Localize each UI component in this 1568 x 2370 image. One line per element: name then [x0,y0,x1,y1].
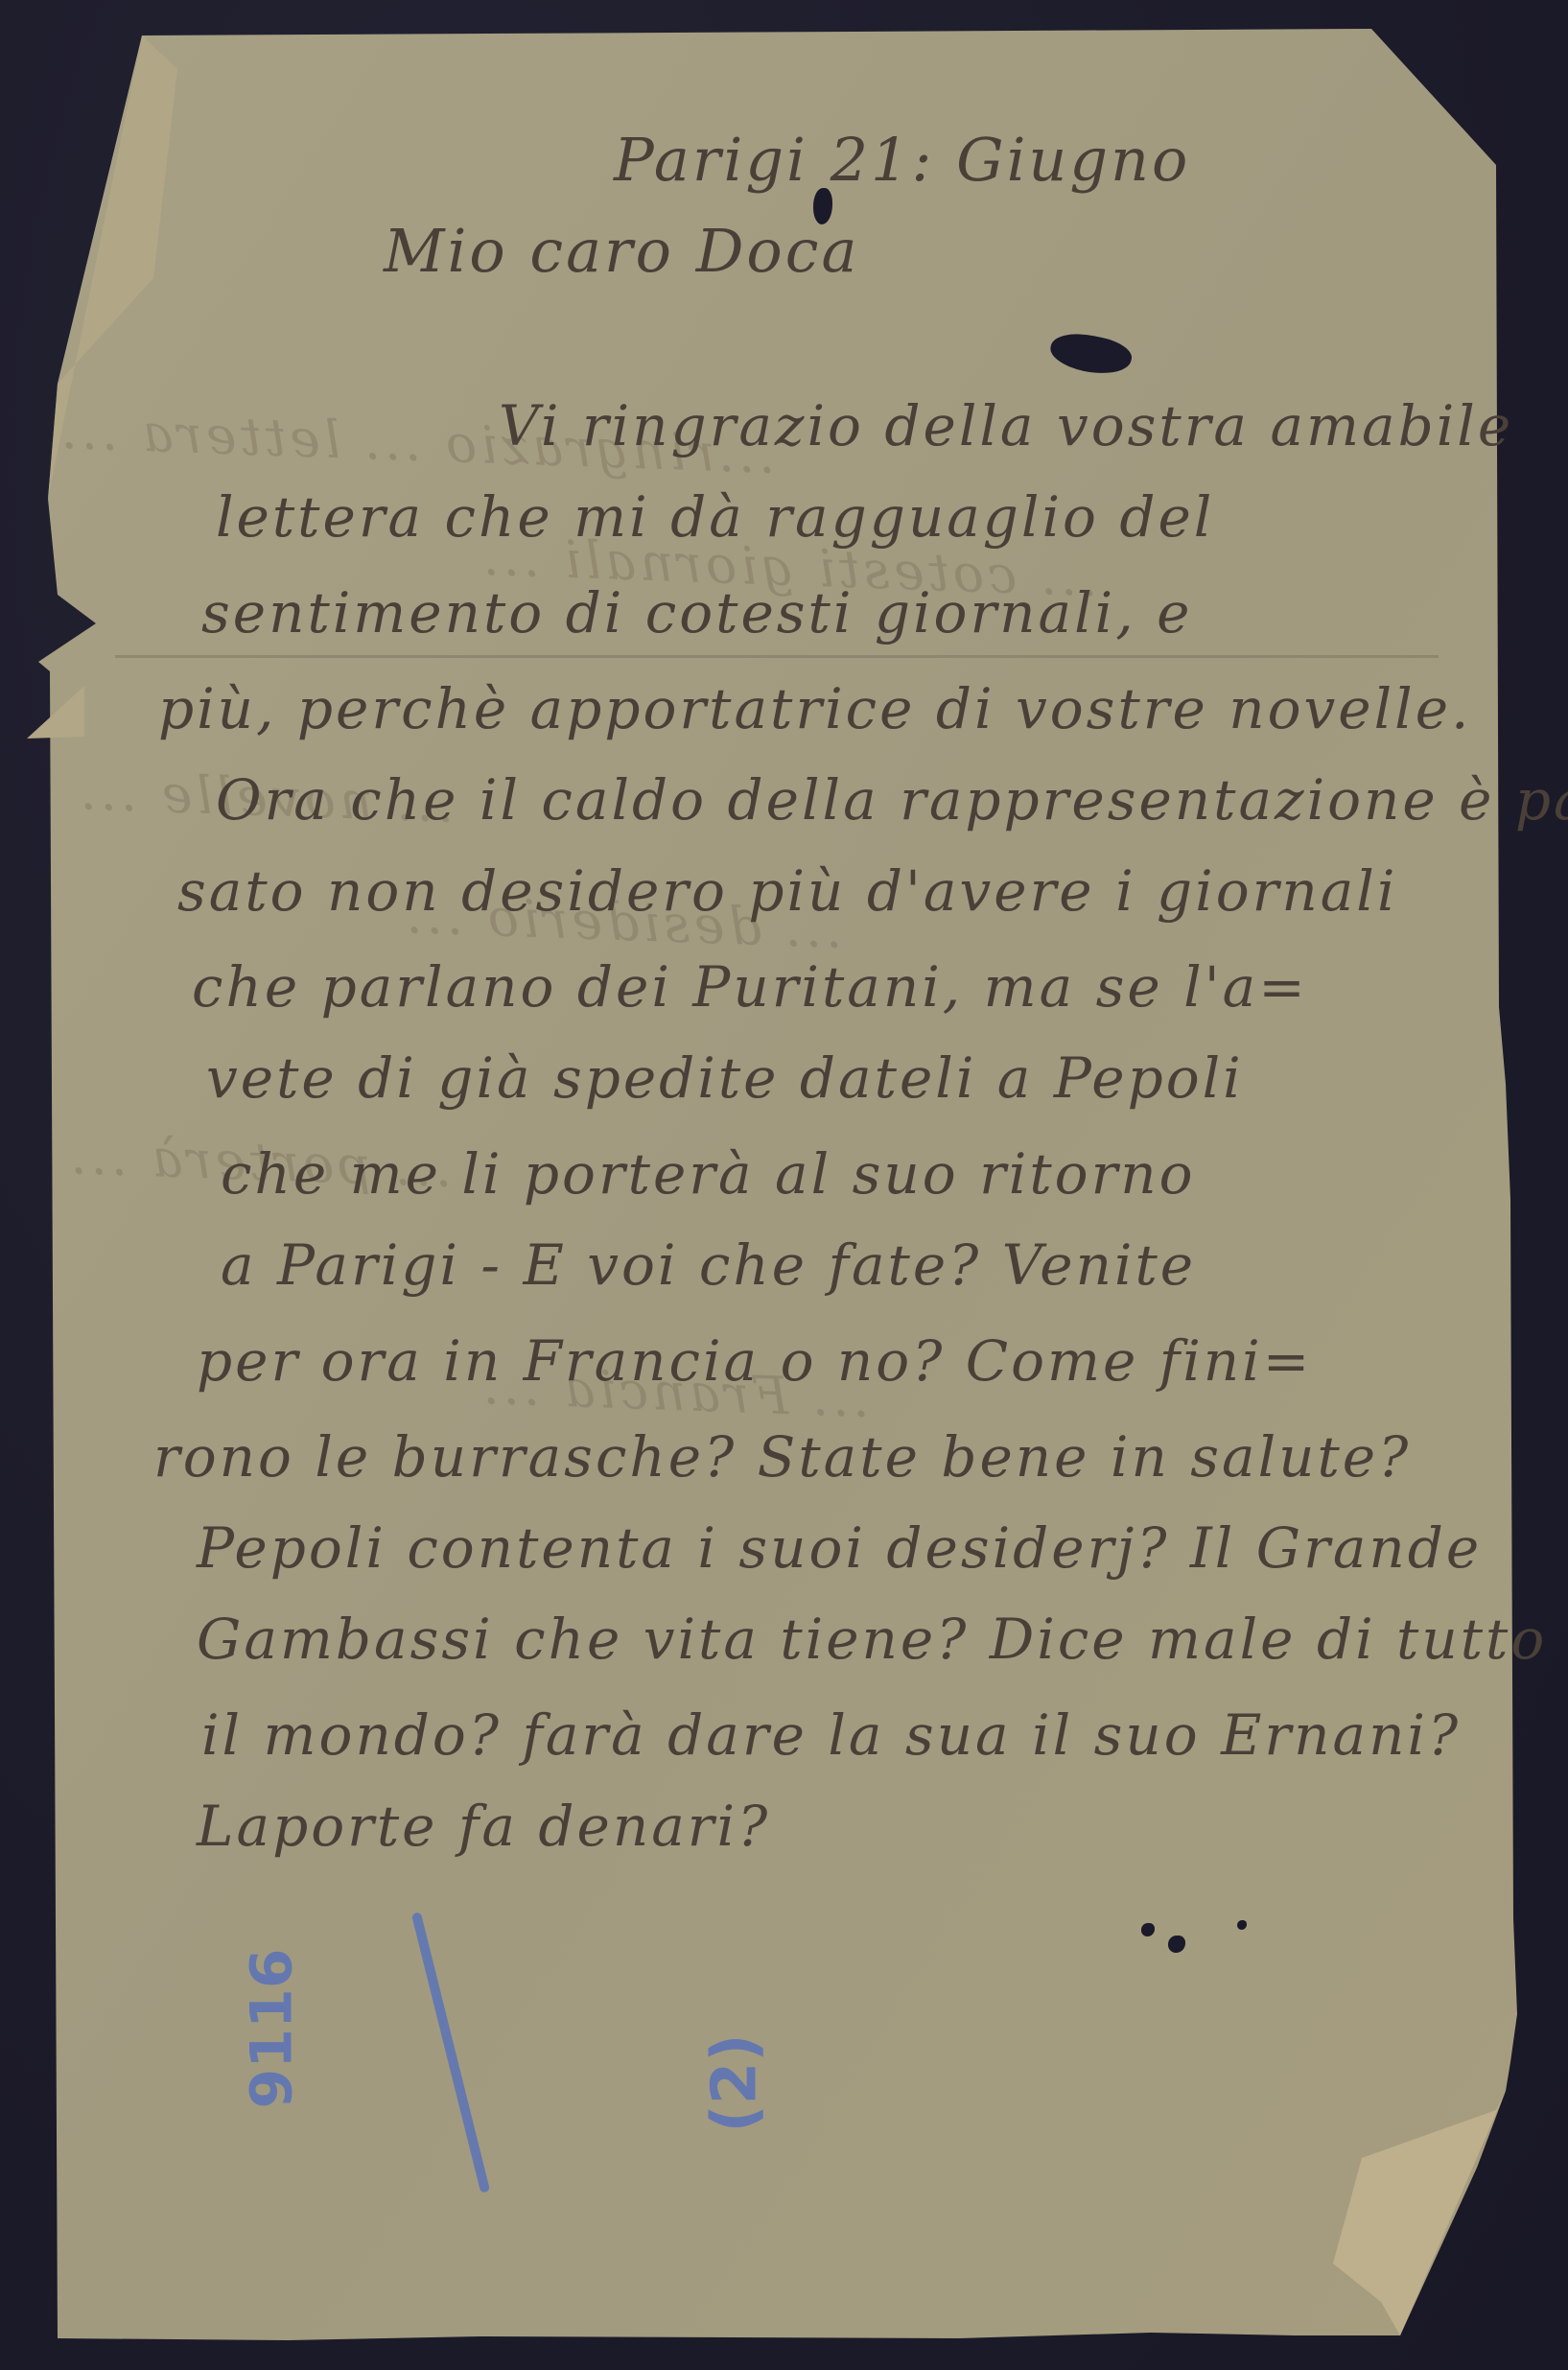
letter-place-date: Parigi 21: Giugno [614,125,1190,195]
page-number-annotation: (2) [700,2033,771,2132]
archive-number-annotation: 9116 [239,1949,306,2109]
letter-line-2: lettera che mi dà ragguaglio del [216,484,1214,550]
letter-line-1: Vi ringrazio della vostra amabile [499,393,1513,458]
fold-line [115,655,1439,658]
letter-line-12: rono le burrasche? State bene in salute? [153,1424,1411,1490]
letter-line-6: sato non desidero più d'avere i giornali [177,858,1397,924]
letter-line-5: Ora che il caldo della rappresentazione … [216,767,1568,833]
letter-line-4: più, perchè apportatrice di vostre novel… [158,676,1471,741]
letter-line-13: Pepoli contenta i suoi desiderj? Il Gran… [197,1515,1482,1581]
scan-page: ...ringrazio ... lettera ... ... cotesti… [0,0,1568,2370]
letter-line-11: per ora in Francia o no? Come fini= [197,1328,1312,1394]
letter-salutation: Mio caro Doca [384,216,859,286]
letter-line-14: Gambassi che vita tiene? Dice male di tu… [197,1607,1547,1672]
letter-line-8: vete di già spedite dateli a Pepoli [206,1045,1244,1111]
letter-line-3: sentimento di cotesti giornali, e [201,580,1192,645]
letter-line-7: che parlano dei Puritani, ma se l'a= [192,954,1308,1020]
letter-line-15: il mondo? farà dare la sua il suo Ernani… [201,1702,1461,1768]
letter-line-10: a Parigi - E voi che fate? Venite [221,1232,1196,1298]
letter-line-16: Laporte fa denari? [197,1794,770,1859]
letter-line-9: che me li porterà al suo ritorno [221,1141,1196,1207]
